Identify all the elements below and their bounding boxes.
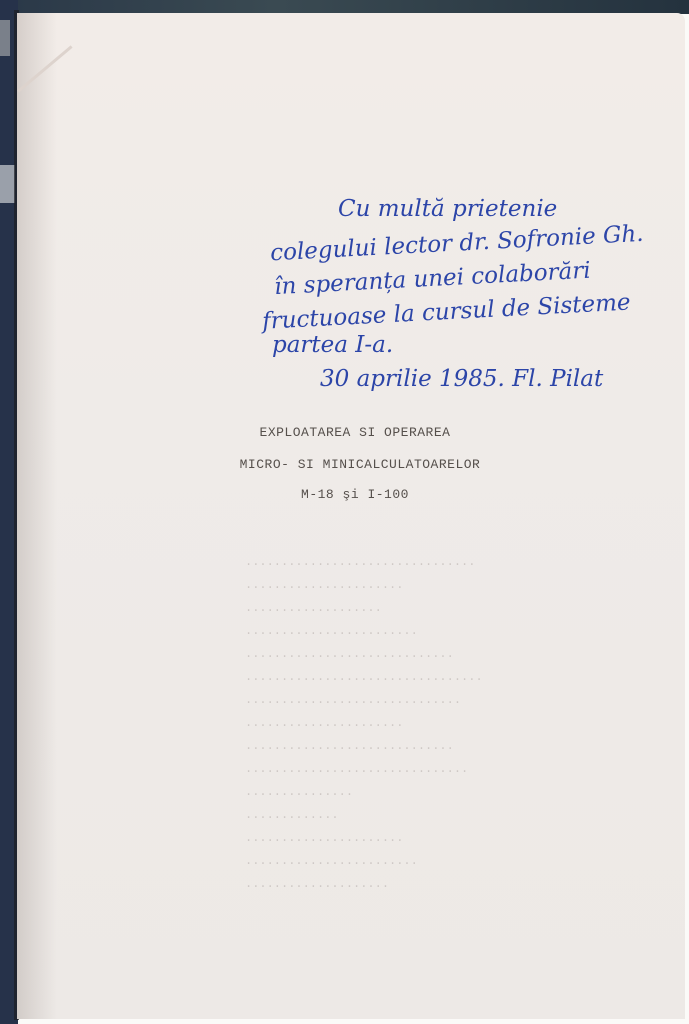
bleed-through-text: ........................: [245, 854, 418, 868]
document-title-line-2: MICRO- SI MINICALCULATOARELOR: [190, 457, 530, 472]
document-title-line-3: M-18 şi I-100: [190, 487, 520, 502]
bleed-through-text: .................................: [245, 670, 483, 684]
dedication-signature: 30 aprilie 1985. Fl. Pilat: [258, 362, 678, 396]
document-page: [17, 13, 685, 1019]
bleed-through-text: ..............................: [245, 693, 461, 707]
bleed-through-text: .............................: [245, 647, 454, 661]
spine-wear: [0, 165, 15, 203]
bleed-through-text: .............: [245, 808, 339, 822]
spine-wear: [0, 20, 10, 56]
page-shadow: [17, 13, 57, 1019]
bleed-through-text: ........................: [245, 624, 418, 638]
bleed-through-text: ................................: [245, 555, 475, 569]
background-top-edge: [0, 0, 689, 14]
document-title-line-1: EXPLOATAREA SI OPERAREA: [190, 425, 520, 440]
bleed-through-text: ......................: [245, 831, 403, 845]
bleed-through-text: ...............: [245, 785, 353, 799]
bleed-through-text: .............................: [245, 739, 454, 753]
bleed-through-text: ...................: [245, 601, 382, 615]
handwritten-dedication: Cu multă prietenie colegului lector dr. …: [258, 192, 678, 396]
bleed-through-text: ....................: [245, 877, 389, 891]
bleed-through-text: ...............................: [245, 762, 468, 776]
bleed-through-text: ......................: [245, 578, 403, 592]
bleed-through-text: ......................: [245, 716, 403, 730]
